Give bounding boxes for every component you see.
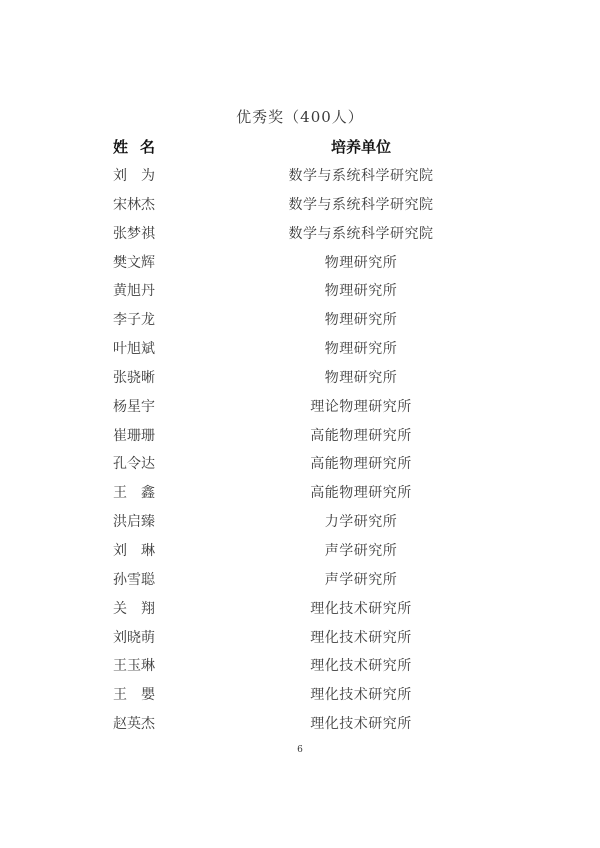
training-unit: 理化技术研究所: [261, 598, 461, 620]
training-unit: 物理研究所: [261, 338, 461, 360]
name-char: 骁: [127, 367, 141, 389]
name-char: 萌: [141, 627, 155, 649]
name-char: 星: [127, 396, 141, 418]
table-row: 宋林杰数学与系统科学研究院: [0, 194, 600, 223]
header-unit: 培养单位: [261, 136, 461, 157]
name-char: 旭: [127, 338, 141, 360]
table-row: 关翔理化技术研究所: [0, 598, 600, 627]
student-name: 刘琳: [113, 540, 155, 562]
student-name: 张骁晰: [113, 367, 155, 389]
name-char: 刘: [113, 540, 127, 562]
name-char: 宋: [113, 194, 127, 216]
name-char: 辉: [141, 252, 155, 274]
student-name: 崔珊珊: [113, 425, 155, 447]
table-row: 李子龙物理研究所: [0, 309, 600, 338]
training-unit: 高能物理研究所: [261, 425, 461, 447]
student-name: 宋林杰: [113, 194, 155, 216]
name-char: 黄: [113, 280, 127, 302]
award-list: 刘为数学与系统科学研究院宋林杰数学与系统科学研究院张梦祺数学与系统科学研究院樊文…: [0, 165, 600, 742]
name-char: 叶: [113, 338, 127, 360]
name-char: 聪: [141, 569, 155, 591]
training-unit: 物理研究所: [261, 367, 461, 389]
name-char: 翔: [141, 598, 155, 620]
page-number: 6: [0, 745, 600, 755]
table-row: 黄旭丹物理研究所: [0, 280, 600, 309]
student-name: 黄旭丹: [113, 280, 155, 302]
training-unit: 高能物理研究所: [261, 453, 461, 475]
name-char: 臻: [141, 511, 155, 533]
training-unit: 数学与系统科学研究院: [261, 194, 461, 216]
training-unit: 高能物理研究所: [261, 482, 461, 504]
table-row: 孔令达高能物理研究所: [0, 453, 600, 482]
student-name: 刘为: [113, 165, 155, 187]
student-name: 孔令达: [113, 453, 155, 475]
name-char: 文: [127, 252, 141, 274]
name-char: 梦: [127, 223, 141, 245]
name-char: 鑫: [141, 482, 155, 504]
training-unit: 物理研究所: [261, 309, 461, 331]
student-name: 刘晓萌: [113, 627, 155, 649]
student-name: 赵英杰: [113, 713, 155, 735]
document-page: 优秀奖（400人） 姓 名 培养单位 刘为数学与系统科学研究院宋林杰数学与系统科…: [0, 0, 600, 848]
table-row: 孙雪聪声学研究所: [0, 569, 600, 598]
table-row: 刘为数学与系统科学研究院: [0, 165, 600, 194]
student-name: 张梦祺: [113, 223, 155, 245]
training-unit: 力学研究所: [261, 511, 461, 533]
training-unit: 物理研究所: [261, 252, 461, 274]
table-row: 赵英杰理化技术研究所: [0, 713, 600, 742]
name-char: 龙: [141, 309, 155, 331]
name-char: 英: [127, 713, 141, 735]
name-char: 珊: [127, 425, 141, 447]
training-unit: 声学研究所: [261, 569, 461, 591]
name-char: 林: [127, 194, 141, 216]
section-title: 优秀奖（400人）: [0, 106, 600, 127]
name-char: 子: [127, 309, 141, 331]
training-unit: 理化技术研究所: [261, 627, 461, 649]
table-row: 刘琳声学研究所: [0, 540, 600, 569]
training-unit: 数学与系统科学研究院: [261, 223, 461, 245]
table-row: 王嬰理化技术研究所: [0, 684, 600, 713]
name-char: 樊: [113, 252, 127, 274]
name-char: 张: [113, 367, 127, 389]
table-row: 张梦祺数学与系统科学研究院: [0, 223, 600, 252]
name-char: 关: [113, 598, 127, 620]
student-name: 王玉琳: [113, 655, 155, 677]
table-row: 崔珊珊高能物理研究所: [0, 425, 600, 454]
name-char: 崔: [113, 425, 127, 447]
name-char: 斌: [141, 338, 155, 360]
student-name: 叶旭斌: [113, 338, 155, 360]
name-char: 嬰: [141, 684, 155, 706]
student-name: 王鑫: [113, 482, 155, 504]
name-char: 丹: [141, 280, 155, 302]
name-char: 刘: [113, 627, 127, 649]
training-unit: 理化技术研究所: [261, 655, 461, 677]
name-char: 李: [113, 309, 127, 331]
table-row: 叶旭斌物理研究所: [0, 338, 600, 367]
name-char: 孙: [113, 569, 127, 591]
name-char: 张: [113, 223, 127, 245]
table-row: 刘晓萌理化技术研究所: [0, 627, 600, 656]
header-name: 姓 名: [113, 136, 155, 157]
name-char: 祺: [141, 223, 155, 245]
name-char: 晓: [127, 627, 141, 649]
table-row: 樊文辉物理研究所: [0, 252, 600, 281]
name-char: 王: [113, 684, 127, 706]
table-row: 洪启臻力学研究所: [0, 511, 600, 540]
name-char: 王: [113, 655, 127, 677]
name-char: 珊: [141, 425, 155, 447]
training-unit: 声学研究所: [261, 540, 461, 562]
student-name: 关翔: [113, 598, 155, 620]
header-name-char: 姓: [113, 136, 128, 157]
training-unit: 数学与系统科学研究院: [261, 165, 461, 187]
student-name: 孙雪聪: [113, 569, 155, 591]
training-unit: 物理研究所: [261, 280, 461, 302]
name-char: 杰: [141, 194, 155, 216]
name-char: 琳: [141, 540, 155, 562]
header-name-char: 名: [140, 136, 155, 157]
training-unit: 理化技术研究所: [261, 713, 461, 735]
student-name: 杨星宇: [113, 396, 155, 418]
name-char: 王: [113, 482, 127, 504]
student-name: 洪启臻: [113, 511, 155, 533]
student-name: 李子龙: [113, 309, 155, 331]
name-char: 杨: [113, 396, 127, 418]
table-row: 张骁晰物理研究所: [0, 367, 600, 396]
name-char: 赵: [113, 713, 127, 735]
table-header: 姓 名 培养单位: [0, 136, 600, 158]
name-char: 刘: [113, 165, 127, 187]
name-char: 达: [141, 453, 155, 475]
name-char: 宇: [141, 396, 155, 418]
name-char: 启: [127, 511, 141, 533]
name-char: 洪: [113, 511, 127, 533]
table-row: 王鑫高能物理研究所: [0, 482, 600, 511]
name-char: 令: [127, 453, 141, 475]
training-unit: 理化技术研究所: [261, 684, 461, 706]
training-unit: 理论物理研究所: [261, 396, 461, 418]
name-char: 为: [141, 165, 155, 187]
name-char: 雪: [127, 569, 141, 591]
name-char: 旭: [127, 280, 141, 302]
name-char: 晰: [141, 367, 155, 389]
table-row: 杨星宇理论物理研究所: [0, 396, 600, 425]
name-char: 孔: [113, 453, 127, 475]
student-name: 王嬰: [113, 684, 155, 706]
name-char: 杰: [141, 713, 155, 735]
student-name: 樊文辉: [113, 252, 155, 274]
name-char: 玉: [127, 655, 141, 677]
table-row: 王玉琳理化技术研究所: [0, 655, 600, 684]
name-char: 琳: [141, 655, 155, 677]
